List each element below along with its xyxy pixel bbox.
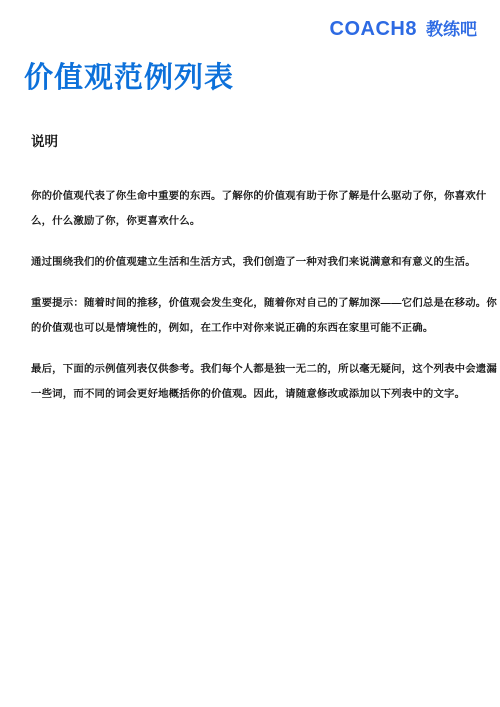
paragraph-line: 么，什么激励了你，你更喜欢什么。 <box>31 209 481 234</box>
instructions-text: 你的价值观代表了你生命中重要的东西。了解你的价值观有助于你了解是什么驱动了你，你… <box>31 184 481 423</box>
paragraph-line: 一些词，而不同的词会更好地概括你的价值观。因此，请随意修改或添加以下列表中的文字… <box>31 382 481 407</box>
instructions-heading: 说明 <box>31 133 58 150</box>
logo-wordmark: COACH8 <box>330 18 417 41</box>
paragraph-line: 的价值观也可以是情境性的，例如，在工作中对你来说正确的东西在家里可能不正确。 <box>31 316 481 341</box>
paragraph-line: 你的价值观代表了你生命中重要的东西。了解你的价值观有助于你了解是什么驱动了你，你… <box>31 184 481 209</box>
paragraph-life-around-values: 通过围绕我们的价值观建立生活和生活方式，我们创造了一种对我们来说满意和有意义的生… <box>31 250 481 275</box>
page-title: 价值观范例列表 <box>24 61 234 95</box>
paragraph-list-reference: 最后，下面的示例值列表仅供参考。我们每个人都是独一无二的，所以毫无疑问，这个列表… <box>31 357 481 407</box>
coach8-logo: COACH8 教练吧 <box>330 15 477 41</box>
paragraph-important-note: 重要提示：随着时间的推移，价值观会发生变化，随着你对自己的了解加深——它们总是在… <box>31 291 481 341</box>
paragraph-line: 最后，下面的示例值列表仅供参考。我们每个人都是独一无二的，所以毫无疑问，这个列表… <box>31 357 481 382</box>
paragraph-values-meaning: 你的价值观代表了你生命中重要的东西。了解你的价值观有助于你了解是什么驱动了你，你… <box>31 184 481 234</box>
paragraph-line: 通过围绕我们的价值观建立生活和生活方式，我们创造了一种对我们来说满意和有意义的生… <box>31 250 481 275</box>
logo-chinese-name: 教练吧 <box>426 15 477 40</box>
paragraph-line: 重要提示：随着时间的推移，价值观会发生变化，随着你对自己的了解加深——它们总是在… <box>31 291 481 316</box>
